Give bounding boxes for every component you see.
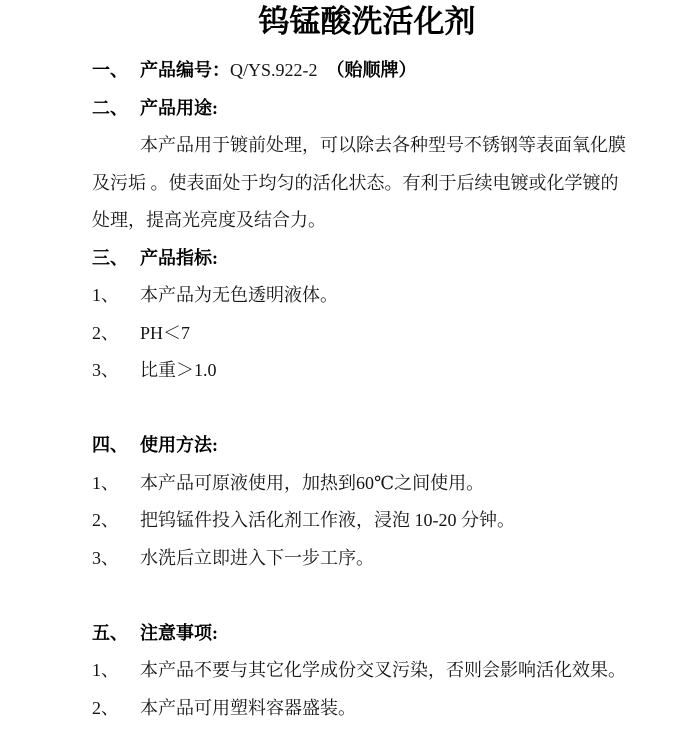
method-item-3-text: 水洗后立即进入下一步工序。 bbox=[140, 540, 374, 578]
spec-item-2-marker: 2、 bbox=[92, 315, 140, 353]
spec-item-1-marker: 1、 bbox=[92, 277, 140, 315]
method-item-1-marker: 1、 bbox=[92, 465, 140, 503]
spec-item-3: 3、 比重＞1.0 bbox=[92, 352, 700, 390]
section-5-heading: 注意事项: bbox=[140, 615, 218, 653]
note-item-2-marker: 2、 bbox=[92, 690, 140, 728]
section-4-marker: 四、 bbox=[92, 427, 140, 465]
document-title: 钨锰酸洗活化剂 bbox=[92, 2, 608, 42]
note-item-1-text: 本产品不要与其它化学成份交叉污染，否则会影响活化效果。 bbox=[140, 652, 626, 690]
section-method-header: 四、 使用方法: bbox=[92, 427, 700, 465]
method-item-2: 2、 把钨锰件投入活化剂工作液，浸泡 10-20 分钟。 bbox=[92, 502, 700, 540]
section-2-marker: 二、 bbox=[92, 90, 140, 128]
spec-item-1-text: 本产品为无色透明液体。 bbox=[140, 277, 338, 315]
method-item-2-marker: 2、 bbox=[92, 502, 140, 540]
method-item-3: 3、 水洗后立即进入下一步工序。 bbox=[92, 540, 700, 578]
section-usage-header: 二、 产品用途: bbox=[92, 90, 700, 128]
spec-item-2: 2、 PH＜7 bbox=[92, 315, 700, 353]
blank-line-1 bbox=[92, 390, 700, 428]
document-page: 钨锰酸洗活化剂 一、 产品编号：Q/YS.922-2（贻顺牌） 二、 产品用途:… bbox=[0, 0, 700, 746]
section-1-marker: 一、 bbox=[92, 52, 140, 90]
section-3-heading: 产品指标: bbox=[140, 240, 218, 278]
usage-paragraph-line-2: 及污垢 。使表面处于均匀的活化状态。有利于后续电镀或化学镀的 bbox=[92, 165, 700, 203]
note-item-1: 1、 本产品不要与其它化学成份交叉污染，否则会影响活化效果。 bbox=[92, 652, 700, 690]
method-item-3-marker: 3、 bbox=[92, 540, 140, 578]
section-notes-header: 五、 注意事项: bbox=[92, 615, 700, 653]
brand-name: （贻顺牌） bbox=[327, 60, 417, 80]
section-3-marker: 三、 bbox=[92, 240, 140, 278]
blank-line-2 bbox=[92, 577, 700, 615]
section-specs-header: 三、 产品指标: bbox=[92, 240, 700, 278]
usage-paragraph-line-1: 本产品用于镀前处理，可以除去各种型号不锈钢等表面氧化膜 bbox=[92, 127, 700, 165]
method-item-1: 1、 本产品可原液使用，加热到60℃之间使用。 bbox=[92, 465, 700, 503]
spec-item-3-marker: 3、 bbox=[92, 352, 140, 390]
product-code-value: Q/YS.922-2 bbox=[230, 60, 318, 80]
method-item-2-text: 把钨锰件投入活化剂工作液，浸泡 10-20 分钟。 bbox=[140, 502, 515, 540]
section-1-heading: 产品编号： bbox=[140, 60, 230, 80]
note-item-1-marker: 1、 bbox=[92, 652, 140, 690]
usage-paragraph-line-3: 处理，提高光亮度及结合力。 bbox=[92, 202, 700, 240]
document-body: 一、 产品编号：Q/YS.922-2（贻顺牌） 二、 产品用途: 本产品用于镀前… bbox=[92, 52, 700, 727]
spec-item-1: 1、 本产品为无色透明液体。 bbox=[92, 277, 700, 315]
section-5-marker: 五、 bbox=[92, 615, 140, 653]
section-2-heading: 产品用途: bbox=[140, 90, 218, 128]
spec-item-2-text: PH＜7 bbox=[140, 315, 190, 353]
section-1-content: 产品编号：Q/YS.922-2（贻顺牌） bbox=[140, 52, 417, 90]
section-4-heading: 使用方法: bbox=[140, 427, 218, 465]
note-item-2-text: 本产品可用塑料容器盛装。 bbox=[140, 690, 356, 728]
spec-item-3-text: 比重＞1.0 bbox=[140, 352, 217, 390]
method-item-1-text: 本产品可原液使用，加热到60℃之间使用。 bbox=[140, 465, 484, 503]
note-item-2: 2、 本产品可用塑料容器盛装。 bbox=[92, 690, 700, 728]
section-product-code: 一、 产品编号：Q/YS.922-2（贻顺牌） bbox=[92, 52, 700, 90]
